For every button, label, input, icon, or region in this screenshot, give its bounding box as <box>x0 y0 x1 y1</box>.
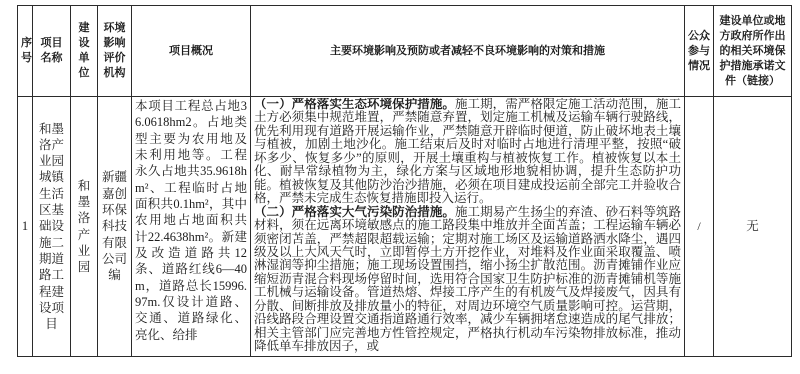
header-public-participation: 公众参与情况 <box>685 6 714 97</box>
measure-2-title: （二）严格落实大气污染防治措施。 <box>254 205 455 219</box>
cell-overview: 本项目工程总占地36.0618hm2。占地类型主要为农用地及未利用地等。工程永久… <box>132 97 251 357</box>
header-overview: 项目概况 <box>132 6 251 97</box>
measure-1-body: 施工期，需严格限定施工活动范围，施工土方必须集中规范堆置，严禁随意弃置，划定施工… <box>254 98 681 205</box>
header-commitment: 建设单位或地方政府所作出的相关环境保护措施承诺文件（链接） <box>714 6 792 97</box>
cell-commitment: 无 <box>714 97 792 357</box>
header-project-name: 项目名称 <box>33 6 71 97</box>
header-index: 序号 <box>18 6 33 97</box>
cell-construction-unit: 和墨洛产业园 <box>71 97 98 357</box>
overview-text: 本项目工程总占地36.0618hm2。占地类型主要为农用地及未利用地等。工程永久… <box>135 98 247 343</box>
measure-paragraph-1: （一）严格落实生态环境保护措施。施工期，需严格限定施工活动范围，施工土方必须集中… <box>254 98 681 206</box>
eia-publicity-table: 序号 项目名称 建设单位 环境影响评价机构 项目概况 主要环境影响及预防或者减轻… <box>17 5 792 357</box>
measure-paragraph-2: （二）严格落实大气污染防治措施。施工期易产生扬尘的弃渣、砂石料等筑路材料，须在远… <box>254 206 681 354</box>
cell-measures: （一）严格落实生态环境保护措施。施工期，需严格限定施工活动范围，施工土方必须集中… <box>251 97 685 357</box>
table-row: 1 和墨洛产业园城镇生活区基础设施二期道路工程建设项目 和墨洛产业园 新疆嘉创环… <box>18 97 792 357</box>
table-header-row: 序号 项目名称 建设单位 环境影响评价机构 项目概况 主要环境影响及预防或者减轻… <box>18 6 792 97</box>
cell-eia-agency: 新疆嘉创环保科技有限公司编 <box>98 97 132 357</box>
measures-text: （一）严格落实生态环境保护措施。施工期，需严格限定施工活动范围，施工土方必须集中… <box>254 98 681 354</box>
header-construction-unit: 建设单位 <box>71 6 98 97</box>
document-page: 序号 项目名称 建设单位 环境影响评价机构 项目概况 主要环境影响及预防或者减轻… <box>0 0 800 374</box>
cell-project-name: 和墨洛产业园城镇生活区基础设施二期道路工程建设项目 <box>33 97 71 357</box>
header-eia-agency: 环境影响评价机构 <box>98 6 132 97</box>
header-measures: 主要环境影响及预防或者减轻不良环境影响的对策和措施 <box>251 6 685 97</box>
cell-index: 1 <box>18 97 33 357</box>
cell-public-participation: / <box>685 97 714 357</box>
measure-2-body: 施工期易产生扬尘的弃渣、砂石料等筑路材料，须在远离环境敏感点的施工路段集中堆放并… <box>254 205 681 354</box>
